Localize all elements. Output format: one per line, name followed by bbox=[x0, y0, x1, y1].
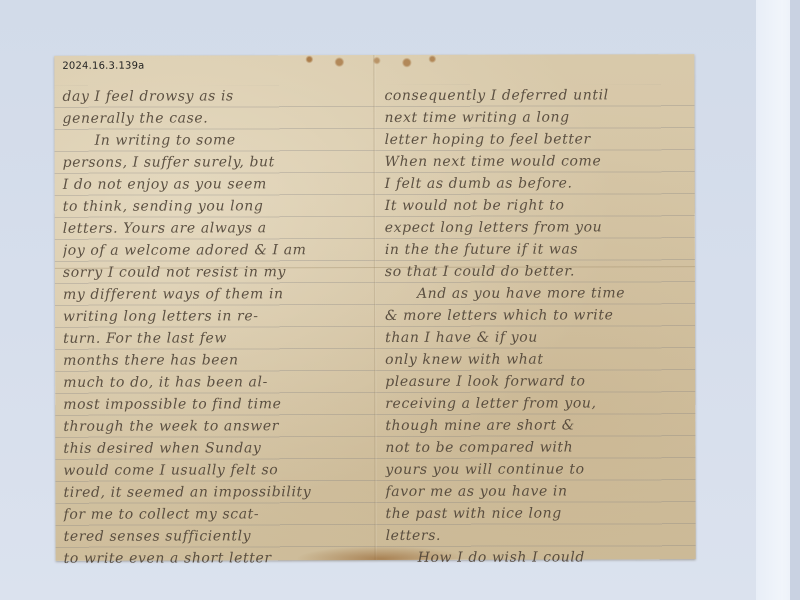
handwritten-line: letters. Yours are always a bbox=[63, 217, 363, 240]
handwritten-line: much to do, it has been al- bbox=[63, 371, 363, 394]
handwritten-line: & more letters which to write bbox=[385, 304, 685, 327]
handwritten-line: expect long letters from you bbox=[385, 216, 685, 239]
handwritten-line: months there has been bbox=[63, 349, 363, 372]
handwritten-line: How I do wish I could bbox=[386, 546, 686, 569]
handwritten-line: so that I could do better. bbox=[385, 260, 685, 283]
handwritten-line: for me to collect my scat- bbox=[64, 503, 364, 526]
right-page: consequently I deferred untilnext time w… bbox=[384, 84, 685, 569]
handwritten-line: through the week to answer bbox=[63, 415, 363, 438]
handwritten-line: joy of a welcome adored & I am bbox=[63, 239, 363, 262]
handwritten-line: persons, I suffer surely, but bbox=[63, 151, 363, 174]
handwritten-line: And as you have more time bbox=[385, 282, 685, 305]
handwritten-line: receiving a letter from you, bbox=[385, 392, 685, 415]
handwritten-line: to write even a short letter bbox=[64, 547, 364, 570]
handwritten-line: my different ways of them in bbox=[63, 283, 363, 306]
handwritten-line: favor me as you have in bbox=[385, 480, 685, 503]
accession-number: 2024.16.3.139a bbox=[62, 61, 144, 72]
handwritten-line: to think, sending you long bbox=[63, 195, 363, 218]
rust-stains-top bbox=[294, 55, 444, 69]
handwritten-line: would come I usually felt so bbox=[63, 459, 363, 482]
handwritten-line: day I feel drowsy as is bbox=[62, 85, 362, 108]
handwritten-line: next time writing a long bbox=[384, 106, 684, 129]
mount-board-edge bbox=[790, 0, 800, 600]
handwritten-line: consequently I deferred until bbox=[384, 84, 684, 107]
letter-sheet: 2024.16.3.139a day I feel drowsy as isge… bbox=[54, 54, 695, 561]
handwritten-line: When next time would come bbox=[385, 150, 685, 173]
handwritten-line: generally the case. bbox=[62, 107, 362, 130]
handwritten-line: the past with nice long bbox=[386, 502, 686, 525]
handwritten-line: pleasure I look forward to bbox=[385, 370, 685, 393]
handwritten-line: only knew with what bbox=[385, 348, 685, 371]
handwritten-line: writing long letters in re- bbox=[63, 305, 363, 328]
handwritten-line: though mine are short & bbox=[385, 414, 685, 437]
handwritten-line: tered senses sufficiently bbox=[64, 525, 364, 548]
handwritten-line: I do not enjoy as you seem bbox=[63, 173, 363, 196]
handwritten-line: than I have & if you bbox=[385, 326, 685, 349]
handwritten-line: tired, it seemed an impossibility bbox=[63, 481, 363, 504]
handwritten-line: I felt as dumb as before. bbox=[385, 172, 685, 195]
handwritten-line: this desired when Sunday bbox=[63, 437, 363, 460]
handwritten-line: yours you will continue to bbox=[385, 458, 685, 481]
handwritten-line: letter hoping to feel better bbox=[385, 128, 685, 151]
handwritten-line: in the the future if it was bbox=[385, 238, 685, 261]
handwritten-line: most impossible to find time bbox=[63, 393, 363, 416]
handwritten-line: letters. bbox=[386, 524, 686, 547]
handwritten-line: sorry I could not resist in my bbox=[63, 261, 363, 284]
handwritten-line: In writing to some bbox=[63, 129, 363, 152]
handwritten-line: turn. For the last few bbox=[63, 327, 363, 350]
handwritten-line: not to be compared with bbox=[385, 436, 685, 459]
left-page: day I feel drowsy as isgenerally the cas… bbox=[62, 85, 363, 570]
handwritten-line: It would not be right to bbox=[385, 194, 685, 217]
